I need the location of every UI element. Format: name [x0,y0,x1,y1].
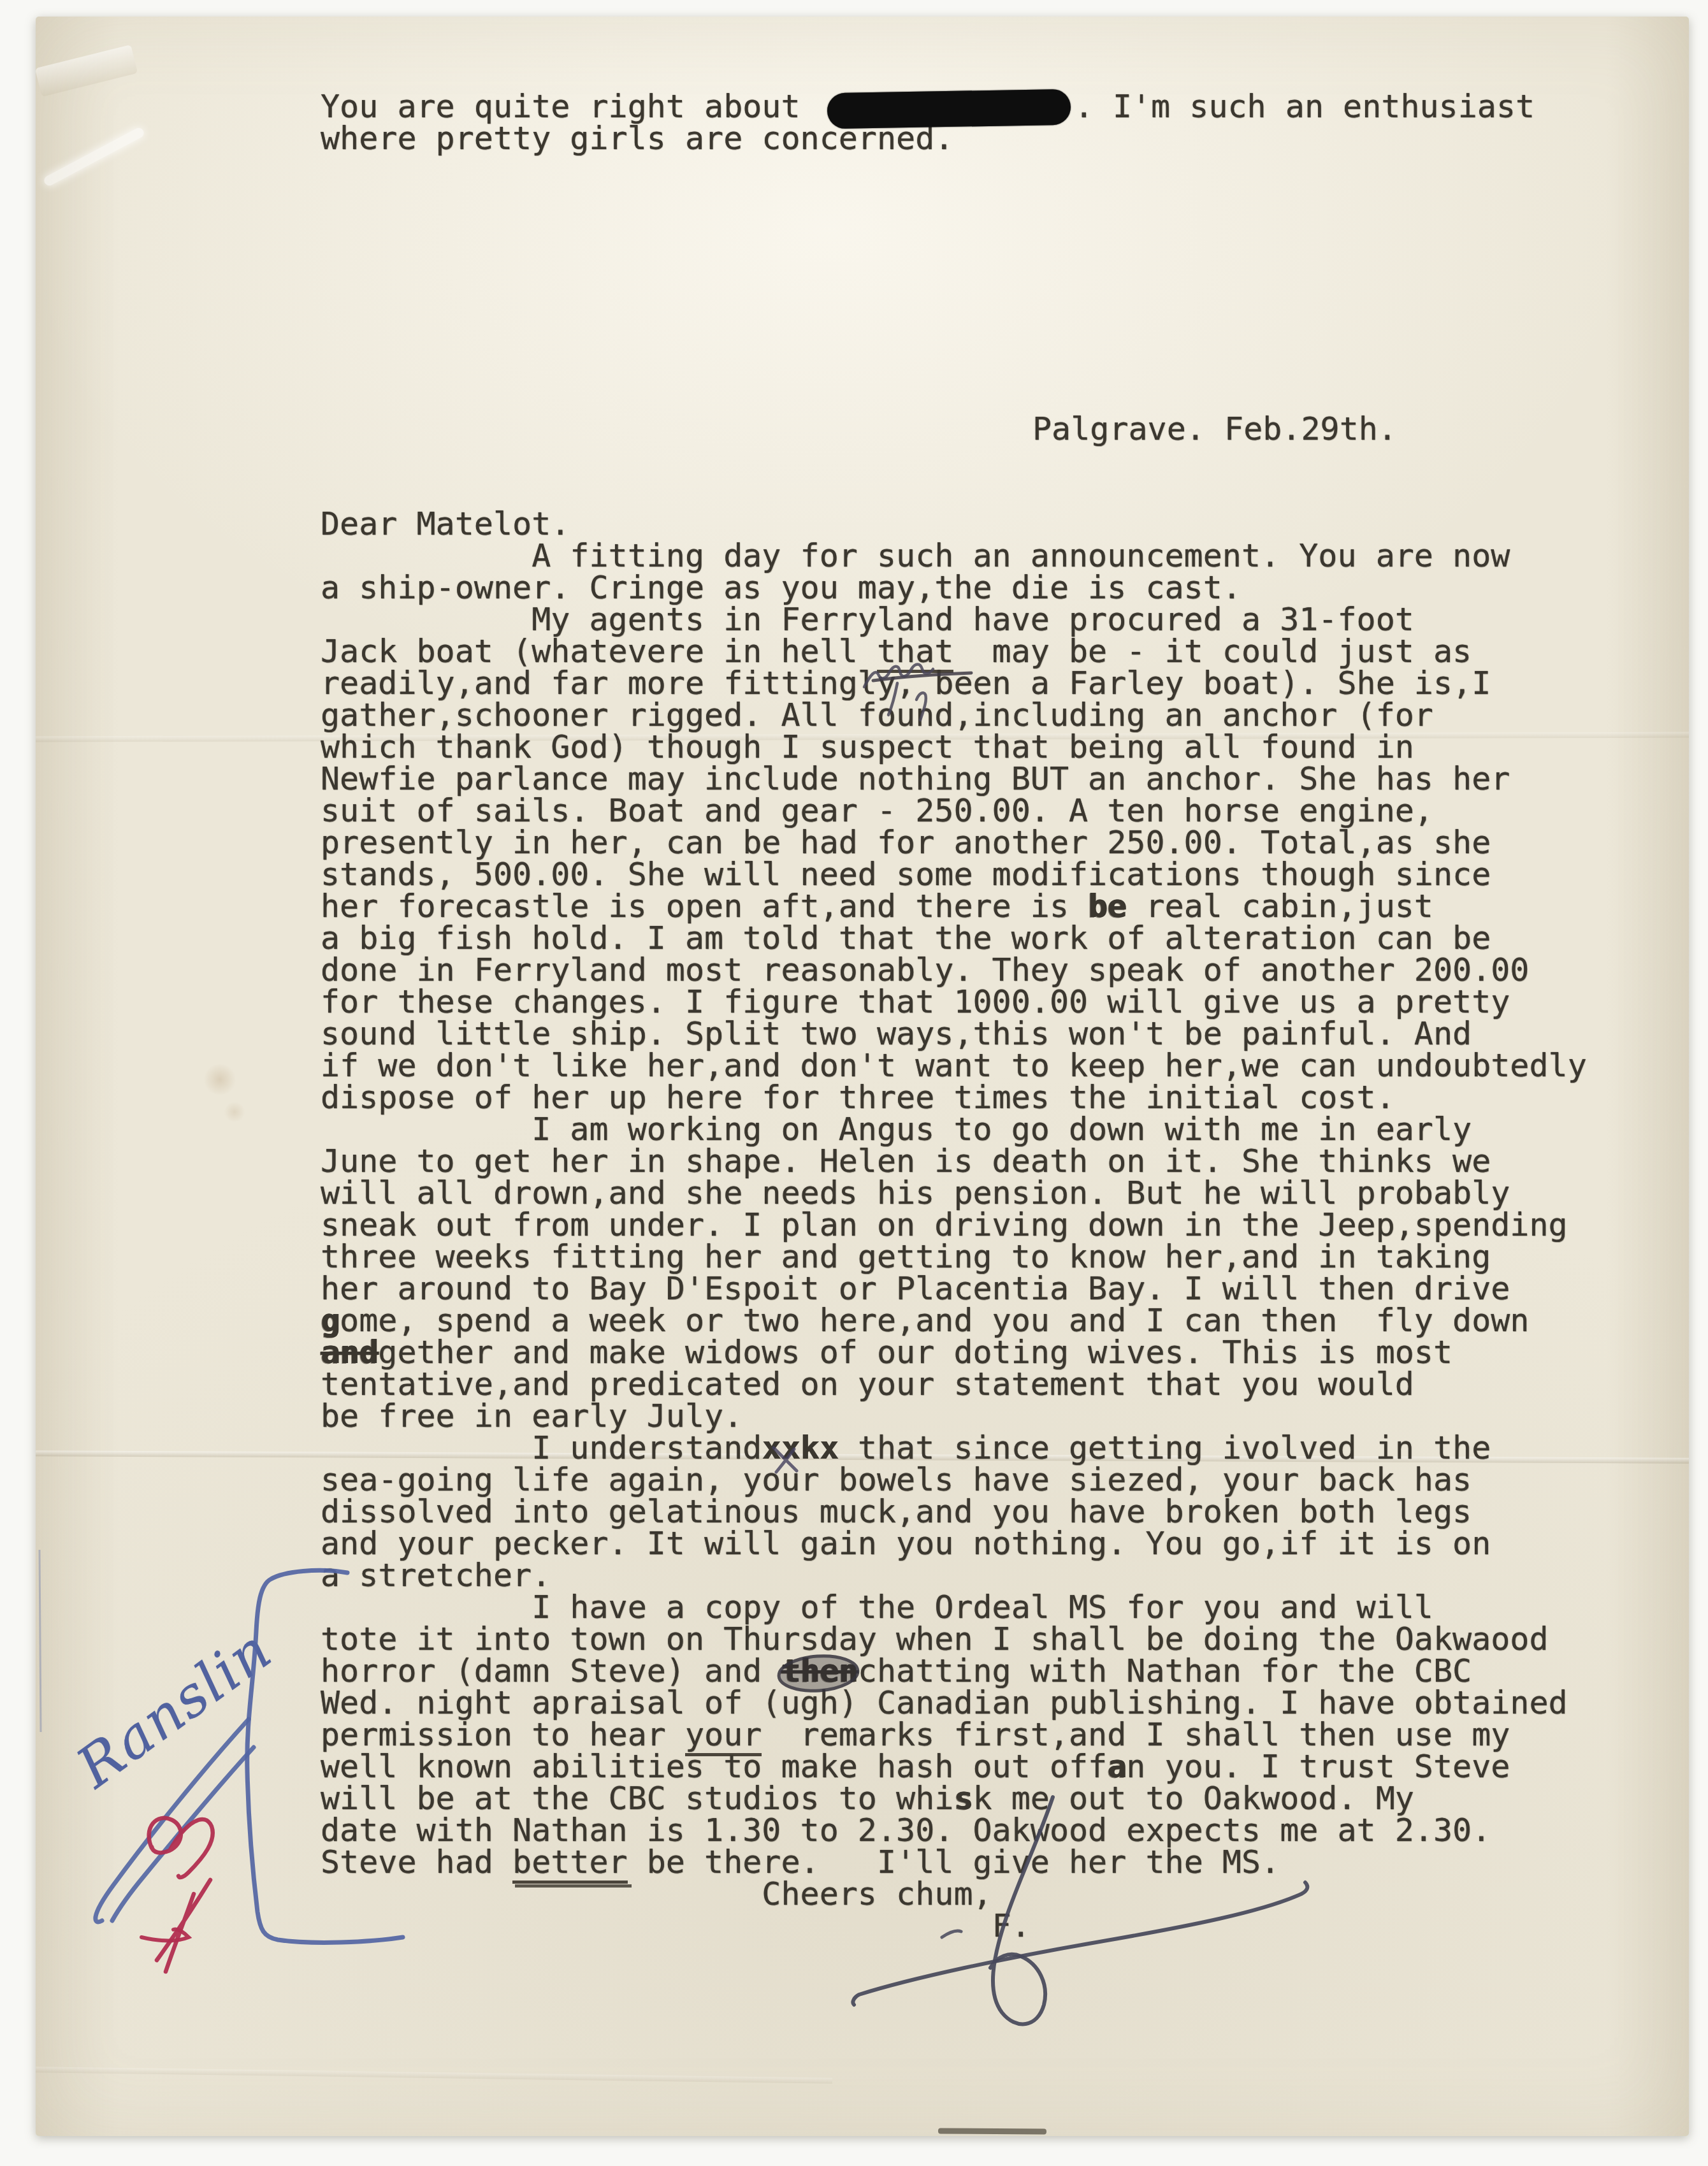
typed-line: a stretcher. [321,1559,1587,1591]
typed-line: a big fish hold. I am told that the work… [321,922,1587,954]
typed-line: Steve had better be there. I'll give her… [321,1846,1587,1878]
typed-line: readily,and far more fittingly, been a F… [321,667,1587,699]
typed-line: suit of sails. Boat and gear - 250.00. A… [321,795,1587,827]
typed-line: dissolved into gelatinous muck,and you h… [321,1496,1587,1527]
typed-line: her around to Bay D'Espoit or Placentia … [321,1273,1587,1304]
redaction-bar [827,89,1071,129]
typed-line: tote it into town on Thursday when I sha… [321,1623,1587,1655]
typed-line: gome, spend a week or two here,and you a… [321,1304,1587,1336]
letter-date: Palgrave. Feb.29th. [1032,413,1397,445]
typed-line: sea-going life again, your bowels have s… [321,1464,1587,1496]
typed-line: sneak out from under. I plan on driving … [321,1209,1587,1241]
typed-line: Wed. night apraisal of (ugh) Canadian pu… [321,1687,1587,1719]
typed-line: horror (damn Steve) and thenchatting wit… [321,1655,1587,1687]
typed-line: I am working on Angus to go down with me… [321,1113,1587,1145]
typed-line: her forecastle is open aft,and there is … [321,890,1587,922]
typed-line: My agents in Ferryland have procured a 3… [321,603,1587,635]
typed-line: Cheers chum, [321,1878,1587,1910]
typed-line: dispose of her up here for three times t… [321,1081,1587,1113]
typed-line: Jack boat (whatevere in hell that may be… [321,635,1587,667]
typed-line: which thank God) though I suspect that b… [321,731,1587,763]
typed-line: date with Nathan is 1.30 to 2.30. Oakwoo… [321,1814,1587,1846]
scanned-letter-page: You are quite right about . I'm such an … [0,0,1708,2166]
typed-line: gather,schooner rigged. All found,includ… [321,699,1587,731]
typed-line: Newfie parlance may include nothing BUT … [321,763,1587,795]
typed-line: A fitting day for such an announcement. … [321,540,1587,572]
typed-line: done in Ferryland most reasonably. They … [321,954,1587,986]
typed-line: well known abilities to make hash out of… [321,1751,1587,1782]
typed-line: a ship-owner. Cringe as you may,the die … [321,572,1587,603]
bottom-edge-tear [938,2128,1046,2134]
typed-line: will be at the CBC studios to whisk me o… [321,1782,1587,1814]
typed-line: will all drown,and she needs his pension… [321,1177,1587,1209]
typed-line: and your pecker. It will gain you nothin… [321,1527,1587,1559]
paper-stain [203,1064,237,1095]
typed-line: andgether and make widows of our doting … [321,1336,1587,1368]
letter-top-paragraph: You are quite right about . I'm such an … [321,90,1535,154]
typed-line: be free in early July. [321,1400,1587,1432]
typed-line: sound little ship. Split two ways,this w… [321,1018,1587,1050]
typed-line: permission to hear your remarks first,an… [321,1719,1587,1751]
typed-line: You are quite right about . I'm such an … [321,90,1535,122]
typed-line: if we don't like her,and don't want to k… [321,1050,1587,1081]
typed-line: stands, 500.00. She will need some modif… [321,858,1587,890]
typed-line: for these changes. I figure that 1000.00… [321,986,1587,1018]
typed-line: presently in her, can be had for another… [321,827,1587,858]
letter-body: Dear Matelot. A fitting day for such an … [321,508,1587,1942]
typed-line: F. [321,1910,1587,1942]
typed-line: Dear Matelot. [321,508,1587,540]
typed-line: June to get her in shape. Helen is death… [321,1145,1587,1177]
typed-line: I understandxxkx that since getting ivol… [321,1432,1587,1464]
typed-line: I have a copy of the Ordeal MS for you a… [321,1591,1587,1623]
typed-line: three weeks fitting her and getting to k… [321,1241,1587,1273]
typed-line: tentative,and predicated on your stateme… [321,1368,1587,1400]
paper-stain [223,1102,246,1122]
